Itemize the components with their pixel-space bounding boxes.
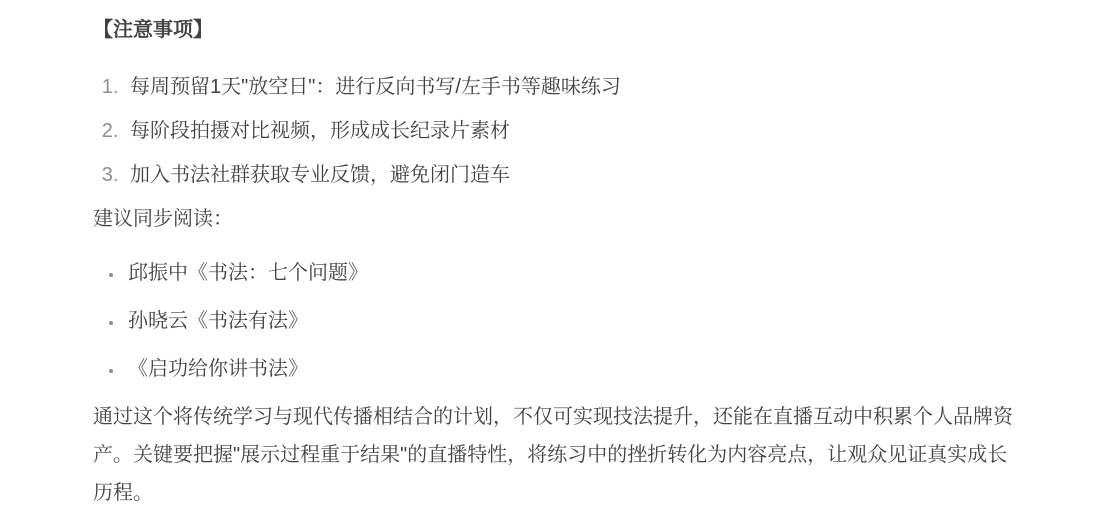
- reading-list-item-1: 邱振中《书法：七个问题》: [124, 254, 1025, 292]
- reading-intro: 建议同步阅读：: [93, 200, 1025, 238]
- notes-heading: 【注意事项】: [93, 11, 1025, 49]
- document-body: 【注意事项】 每周预留1天"放空日"：进行反向书写/左手书等趣味练习 每阶段拍摄…: [0, 0, 1099, 522]
- numbered-list-item-2: 每阶段拍摄对比视频，形成成长纪录片素材: [124, 112, 1025, 150]
- closing-paragraph: 通过这个将传统学习与现代传播相结合的计划，不仅可实现技法提升，还能在直播互动中积…: [93, 398, 1025, 512]
- numbered-list-item-1: 每周预留1天"放空日"：进行反向书写/左手书等趣味练习: [124, 68, 1025, 106]
- reading-list-item-3: 《启功给你讲书法》: [124, 350, 1025, 388]
- reading-list-item-2: 孙晓云《书法有法》: [124, 302, 1025, 340]
- notes-heading-text: 【注意事项】: [93, 19, 213, 41]
- numbered-list-item-3: 加入书法社群获取专业反馈，避免闭门造车: [124, 156, 1025, 194]
- notes-numbered-list: 每周预留1天"放空日"：进行反向书写/左手书等趣味练习 每阶段拍摄对比视频，形成…: [93, 68, 1025, 194]
- reading-bullet-list: 邱振中《书法：七个问题》 孙晓云《书法有法》 《启功给你讲书法》: [93, 254, 1025, 388]
